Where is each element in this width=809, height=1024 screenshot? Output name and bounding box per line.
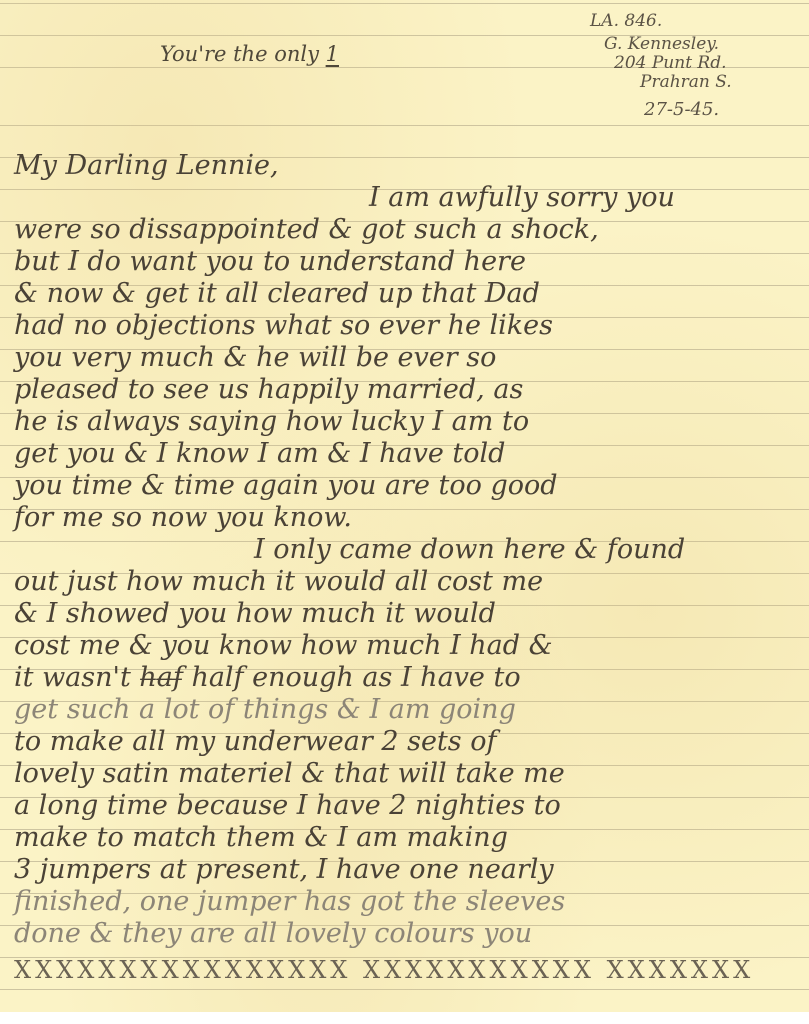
body-line: cost me & you know how much I had & (14, 630, 809, 662)
top-note: You're the only 1 (160, 42, 339, 66)
body-line: pleased to see us happily married, as (14, 374, 809, 406)
top-note-text: You're the only (160, 42, 319, 66)
body-line: for me so now you know. (14, 502, 809, 534)
body-line: out just how much it would all cost me (14, 566, 809, 598)
body-line: finished, one jumper has got the sleeves (14, 886, 809, 918)
body-line: I only came down here & found (14, 534, 809, 566)
body-line: done & they are all lovely colours you (14, 918, 809, 950)
body-line: get you & I know I am & I have told (14, 438, 809, 470)
body-line: lovely satin materiel & that will take m… (14, 758, 809, 790)
body-line: & now & get it all cleared up that Dad (14, 278, 809, 310)
body-line: to make all my underwear 2 sets of (14, 726, 809, 758)
top-note-number: 1 (326, 42, 339, 66)
body-line: a long time because I have 2 nighties to (14, 790, 809, 822)
body-line: you very much & he will be ever so (14, 342, 809, 374)
scan-border (0, 1012, 809, 1024)
body-line: but I do want you to understand here (14, 246, 809, 278)
body-line: I am awfully sorry you (14, 182, 809, 214)
body-line: he is always saying how lucky I am to (14, 406, 809, 438)
body-line: & I showed you how much it would (14, 598, 809, 630)
sender-name: G. Kennesley. (604, 35, 732, 54)
body-line: 3 jumpers at present, I have one nearly (14, 854, 809, 886)
body-line: were so dissappointed & got such a shock… (14, 214, 809, 246)
sender-address-block: LA. 846. G. Kennesley. 204 Punt Rd. Prah… (590, 12, 732, 119)
body-line: make to match them & I am making (14, 822, 809, 854)
address-suburb: Prahran S. (640, 73, 732, 92)
reference-number: LA. 846. (590, 12, 732, 31)
letter-body: My Darling Lennie, I am awfully sorry yo… (14, 150, 809, 986)
letter-page: You're the only 1 LA. 846. G. Kennesley.… (0, 0, 809, 1018)
body-line: get such a lot of things & I am going (14, 694, 809, 726)
kisses-row: XXXXXXXXXXXXXXXX XXXXXXXXXXX XXXXXXX (14, 954, 809, 986)
body-line: you time & time again you are too good (14, 470, 809, 502)
body-line: had no objections what so ever he likes (14, 310, 809, 342)
address-street: 204 Punt Rd. (614, 54, 732, 73)
salutation: My Darling Lennie, (14, 150, 809, 182)
body-line: it wasn't h̶a̶f̶ half enough as I have t… (14, 662, 809, 694)
letter-date: 27-5-45. (644, 100, 732, 119)
